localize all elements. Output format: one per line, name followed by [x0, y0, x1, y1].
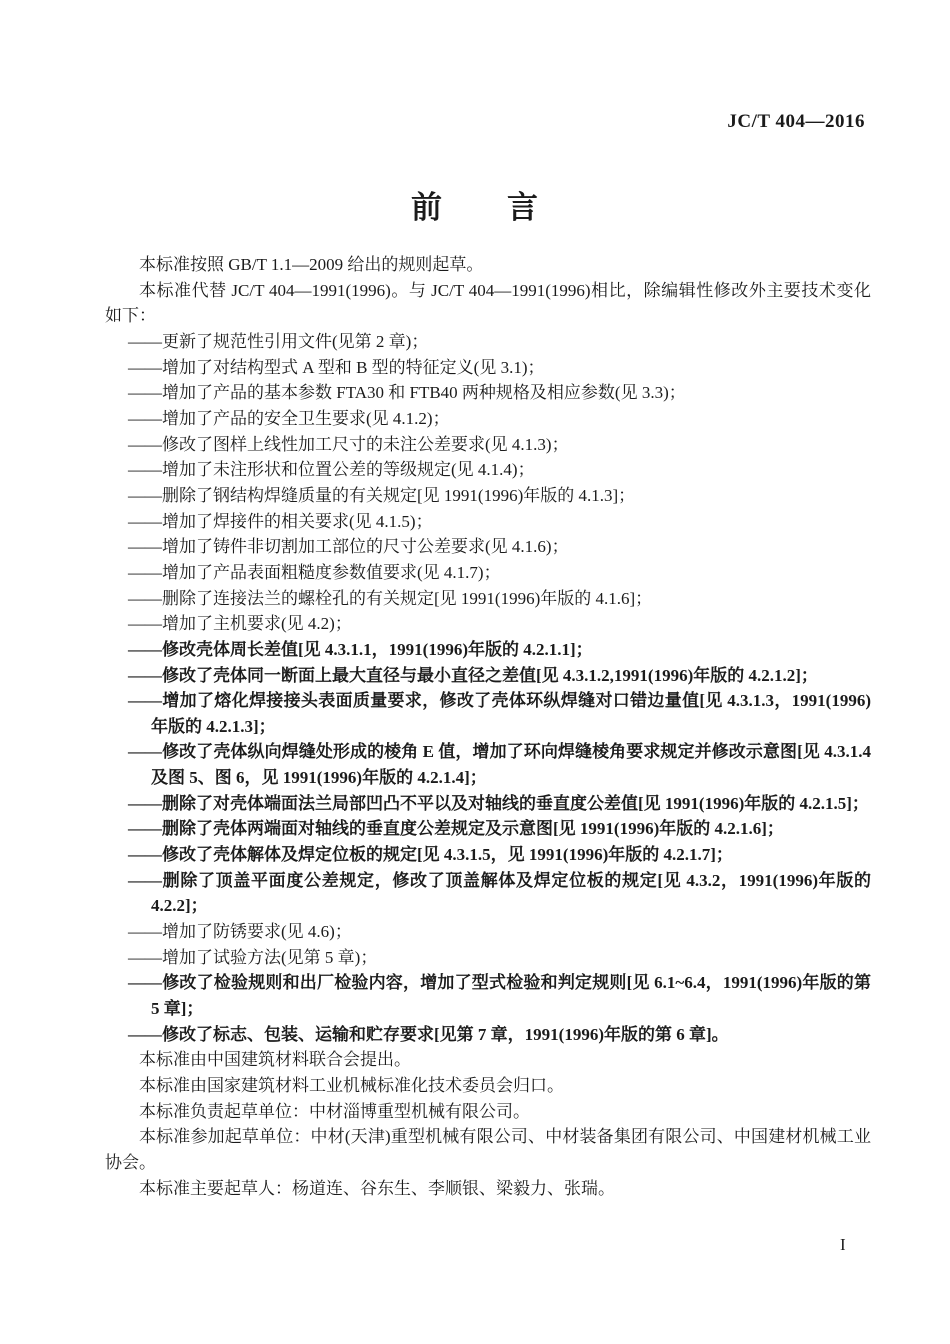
change-list-item: ——修改壳体周长差值[见 4.3.1.1，1991(1996)年版的 4.2.1… [151, 637, 871, 663]
change-list-item: ——删除了钢结构焊缝质量的有关规定[见 1991(1996)年版的 4.1.3]… [151, 483, 871, 509]
change-list-item: ——修改了壳体同一断面上最大直径与最小直径之差值[见 4.3.1.2,1991(… [151, 663, 871, 689]
change-list-item: ——增加了产品表面粗糙度参数值要求(见 4.1.7)； [151, 560, 871, 586]
change-list-item: ——增加了未注形状和位置公差的等级规定(见 4.1.4)； [151, 457, 871, 483]
change-list-item: ——删除了对壳体端面法兰局部凹凸不平以及对轴线的垂直度公差值[见 1991(19… [151, 791, 871, 817]
paragraph: 本标准参加起草单位：中材(天津)重型机械有限公司、中材装备集团有限公司、中国建材… [105, 1124, 871, 1175]
foreword-title: 前 言 [0, 182, 950, 227]
foreword-body: 本标准按照 GB/T 1.1—2009 给出的规则起草。本标准代替 JC/T 4… [105, 252, 871, 1201]
paragraph: 本标准按照 GB/T 1.1—2009 给出的规则起草。 [105, 252, 871, 278]
change-list-item: ——增加了试验方法(见第 5 章)； [151, 945, 871, 971]
change-list-item: ——修改了图样上线性加工尺寸的未注公差要求(见 4.1.3)； [151, 432, 871, 458]
paragraph: 本标准由国家建筑材料工业机械标准化技术委员会归口。 [105, 1073, 871, 1099]
document-page: JC/T 404—2016 前 言 本标准按照 GB/T 1.1—2009 给出… [0, 0, 950, 1344]
change-list-item: ——删除了顶盖平面度公差规定，修改了顶盖解体及焊定位板的规定[见 4.3.2，1… [151, 868, 871, 919]
paragraph: 本标准代替 JC/T 404—1991(1996)。与 JC/T 404—199… [105, 278, 871, 329]
change-list-item: ——修改了壳体解体及焊定位板的规定[见 4.3.1.5，见 1991(1996)… [151, 842, 871, 868]
page-number: I [840, 1235, 846, 1255]
change-list-item: ——增加了铸件非切割加工部位的尺寸公差要求(见 4.1.6)； [151, 534, 871, 560]
paragraph: 本标准主要起草人：杨道连、谷东生、李顺银、梁毅力、张瑞。 [105, 1176, 871, 1202]
change-list-item: ——增加了产品的安全卫生要求(见 4.1.2)； [151, 406, 871, 432]
paragraph: 本标准负责起草单位：中材淄博重型机械有限公司。 [105, 1099, 871, 1125]
change-list-item: ——增加了产品的基本参数 FTA30 和 FTB40 两种规格及相应参数(见 3… [151, 380, 871, 406]
change-list-item: ——增加了主机要求(见 4.2)； [151, 611, 871, 637]
change-list-item: ——删除了连接法兰的螺栓孔的有关规定[见 1991(1996)年版的 4.1.6… [151, 586, 871, 612]
change-list-item: ——增加了熔化焊接接头表面质量要求，修改了壳体环纵焊缝对口错边量值[见 4.3.… [151, 688, 871, 739]
standard-number: JC/T 404—2016 [727, 111, 865, 133]
change-list-item: ——删除了壳体两端面对轴线的垂直度公差规定及示意图[见 1991(1996)年版… [151, 816, 871, 842]
change-list-item: ——更新了规范性引用文件(见第 2 章)； [151, 329, 871, 355]
change-list-item: ——修改了标志、包装、运输和贮存要求[见第 7 章，1991(1996)年版的第… [151, 1022, 871, 1048]
change-list-item: ——修改了检验规则和出厂检验内容，增加了型式检验和判定规则[见 6.1~6.4，… [151, 970, 871, 1021]
change-list-item: ——增加了防锈要求(见 4.6)； [151, 919, 871, 945]
change-list-item: ——增加了焊接件的相关要求(见 4.1.5)； [151, 509, 871, 535]
paragraph: 本标准由中国建筑材料联合会提出。 [105, 1047, 871, 1073]
change-list-item: ——增加了对结构型式 A 型和 B 型的特征定义(见 3.1)； [151, 355, 871, 381]
change-list-item: ——修改了壳体纵向焊缝处形成的棱角 E 值，增加了环向焊缝棱角要求规定并修改示意… [151, 739, 871, 790]
